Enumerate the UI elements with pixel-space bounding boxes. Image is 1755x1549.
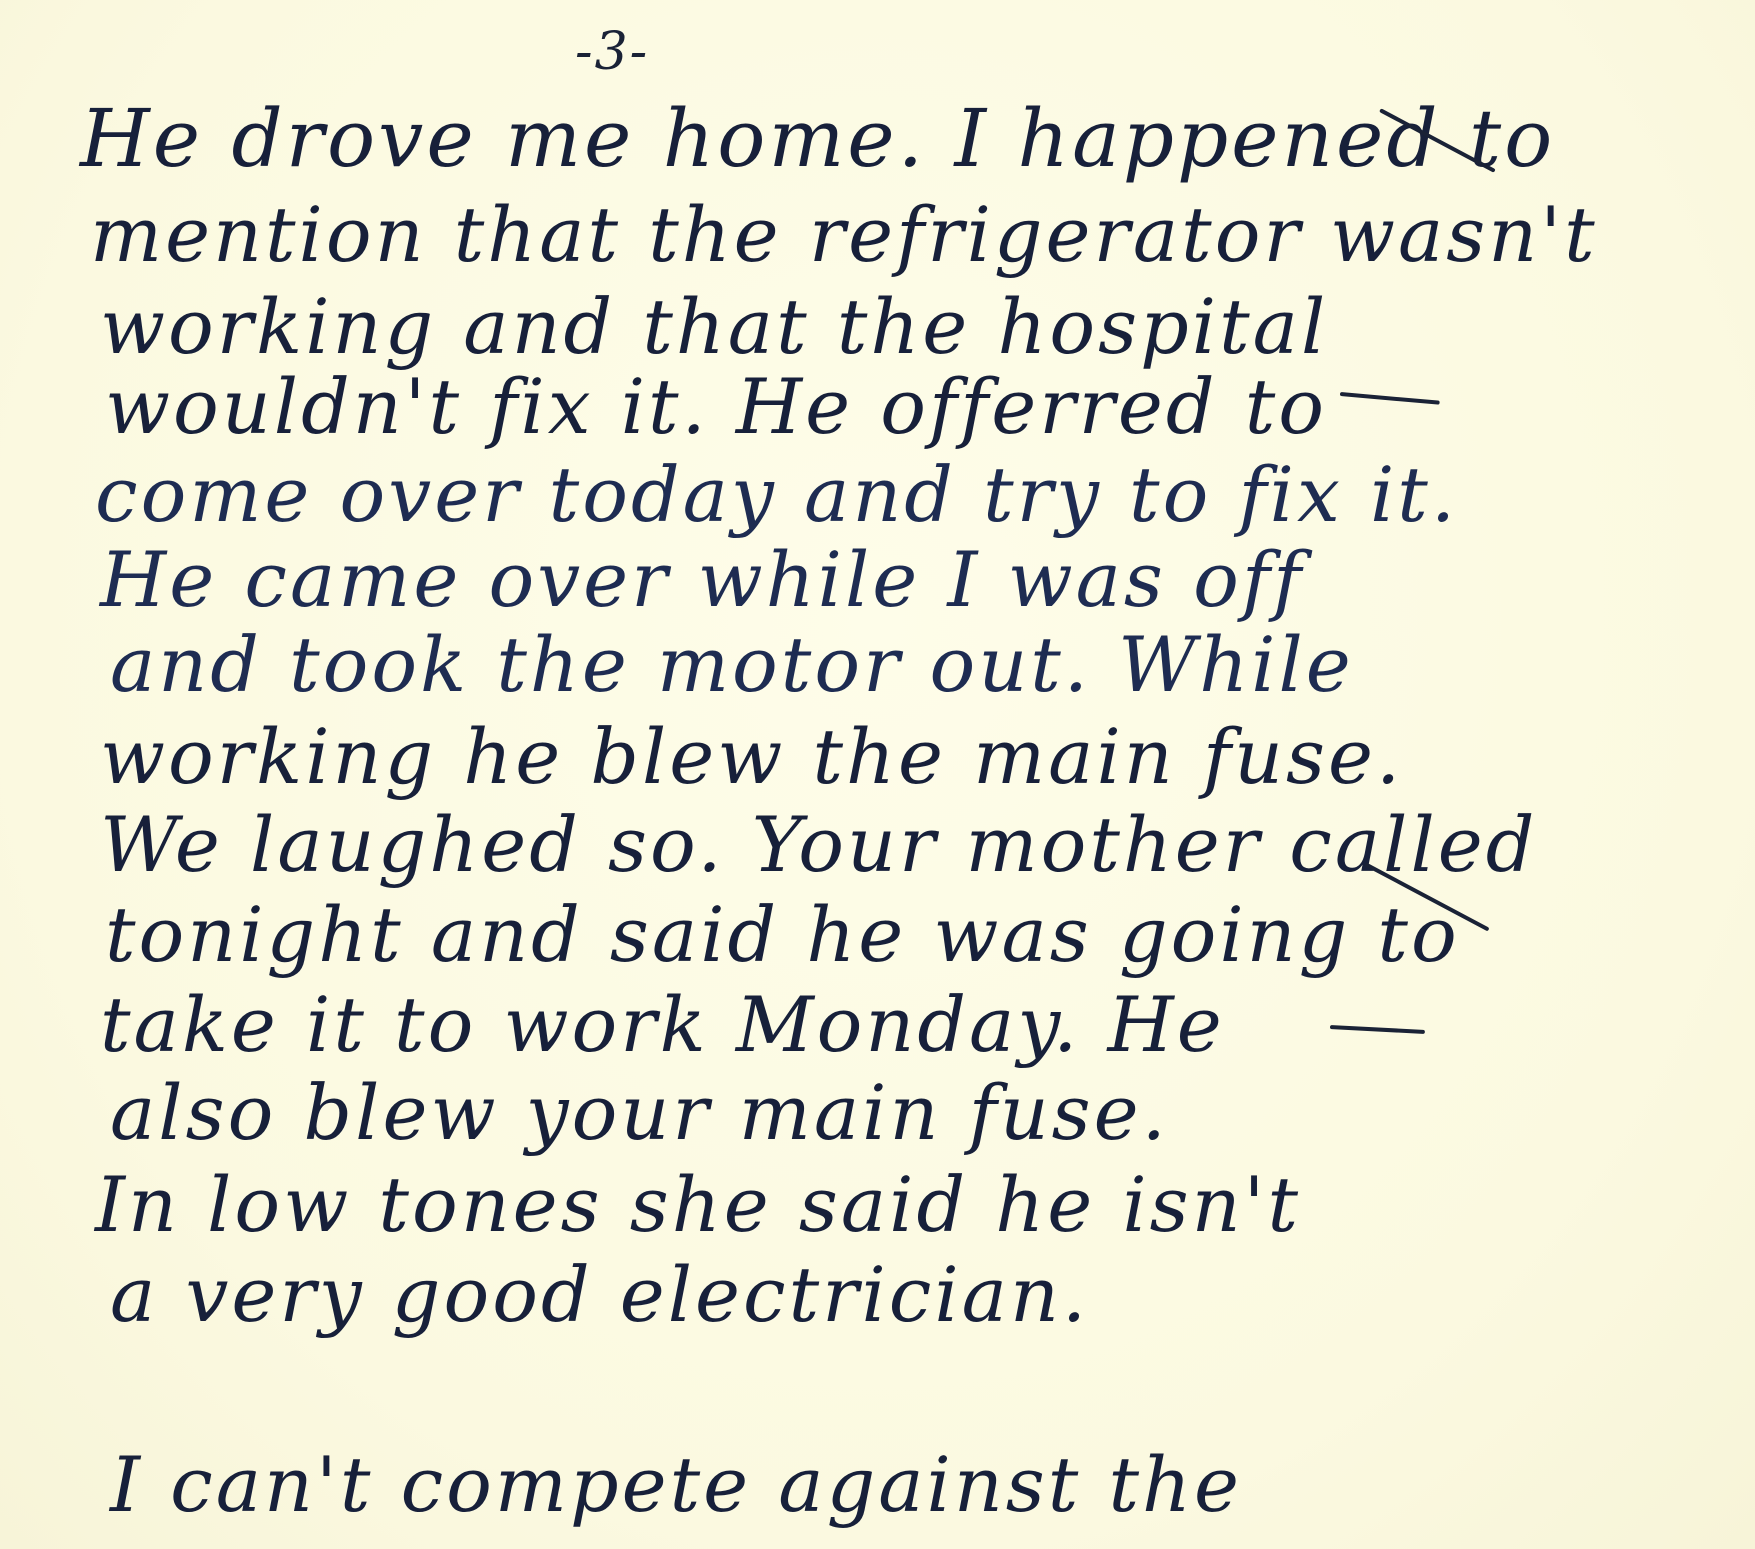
- pen-stroke: [1340, 392, 1440, 405]
- letter-line-4: wouldn't fix it. He offerred to: [105, 362, 1327, 451]
- letter-line-13: In low tones she said he isn't: [95, 1160, 1301, 1249]
- pen-stroke: [1330, 1025, 1425, 1034]
- letter-line-10: tonight and said he was going to: [105, 890, 1460, 979]
- letter-line-3: working and that the hospital: [100, 282, 1328, 371]
- letter-line-5: come over today and try to fix it.: [95, 450, 1458, 539]
- letter-line-14: a very good electrician.: [110, 1250, 1089, 1339]
- letter-line-6: He came over while I was off: [100, 535, 1304, 624]
- letter-line-8: working he blew the main fuse.: [100, 712, 1403, 801]
- letter-line-15: I can't compete against the: [110, 1440, 1242, 1529]
- letter-line-11: take it to work Monday. He: [100, 980, 1225, 1069]
- letter-page: -3- He drove me home. I happened to ment…: [0, 0, 1755, 1549]
- letter-line-7: and took the motor out. While: [110, 620, 1354, 709]
- letter-line-2: mention that the refrigerator wasn't: [90, 190, 1598, 279]
- letter-line-12: also blew your main fuse.: [110, 1068, 1169, 1157]
- page-number: -3-: [575, 22, 649, 82]
- letter-line-1: He drove me home. I happened to: [80, 92, 1555, 185]
- letter-line-9: We laughed so. Your mother called: [100, 800, 1537, 889]
